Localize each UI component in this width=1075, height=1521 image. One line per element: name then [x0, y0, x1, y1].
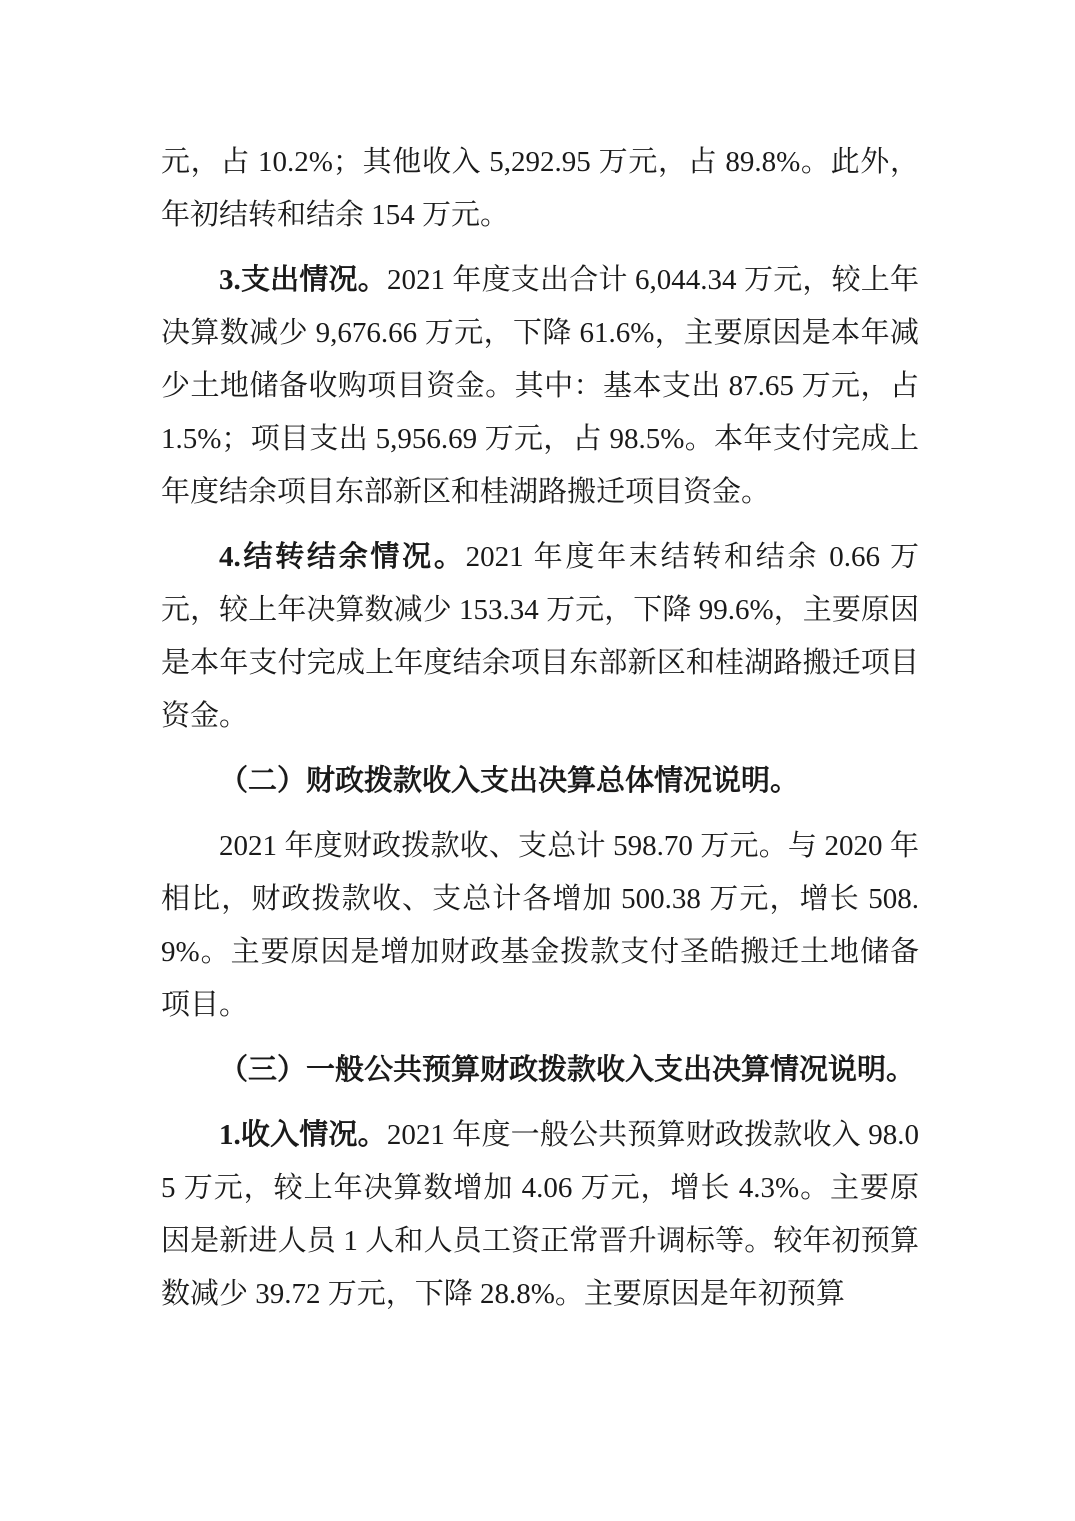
document-body: 元，占 10.2%；其他收入 5,292.95 万元，占 89.8%。此外，年初…: [161, 136, 919, 1321]
heading-text: （二）财政拨款收入支出决算总体情况说明。: [219, 765, 799, 797]
heading-section-three-general-public-budget: （三）一般公共预算财政拨款收入支出决算情况说明。: [161, 1044, 919, 1097]
heading-section-two-fiscal-appropriation-overview: （二）财政拨款收入支出决算总体情况说明。: [161, 755, 919, 808]
paragraph-text: 元，占 10.2%；其他收入 5,292.95 万元，占 89.8%。此外，年初…: [161, 146, 919, 231]
paragraph-carryover-balance-situation: 4.结转结余情况。2021 年度年末结转和结余 0.66 万元，较上年决算数减少…: [161, 531, 919, 743]
paragraph-lead: 4.结转结余情况。: [219, 541, 466, 573]
paragraph-lead: 3.支出情况。: [219, 264, 387, 296]
paragraph-text: 2021 年度支出合计 6,044.34 万元，较上年决算数减少 9,676.6…: [161, 264, 919, 508]
paragraph-expenditure-situation: 3.支出情况。2021 年度支出合计 6,044.34 万元，较上年决算数减少 …: [161, 254, 919, 519]
document-page: 元，占 10.2%；其他收入 5,292.95 万元，占 89.8%。此外，年初…: [0, 0, 1075, 1521]
paragraph-lead: 1.收入情况。: [219, 1119, 387, 1151]
paragraph-budget-income-situation: 1.收入情况。2021 年度一般公共预算财政拨款收入 98.05 万元，较上年决…: [161, 1109, 919, 1321]
paragraph-other-income-continuation: 元，占 10.2%；其他收入 5,292.95 万元，占 89.8%。此外，年初…: [161, 136, 919, 242]
paragraph-text: 2021 年度财政拨款收、支总计 598.70 万元。与 2020 年相比，财政…: [161, 830, 919, 1021]
paragraph-fiscal-appropriation-total: 2021 年度财政拨款收、支总计 598.70 万元。与 2020 年相比，财政…: [161, 820, 919, 1032]
heading-text: （三）一般公共预算财政拨款收入支出决算情况说明。: [219, 1054, 915, 1086]
